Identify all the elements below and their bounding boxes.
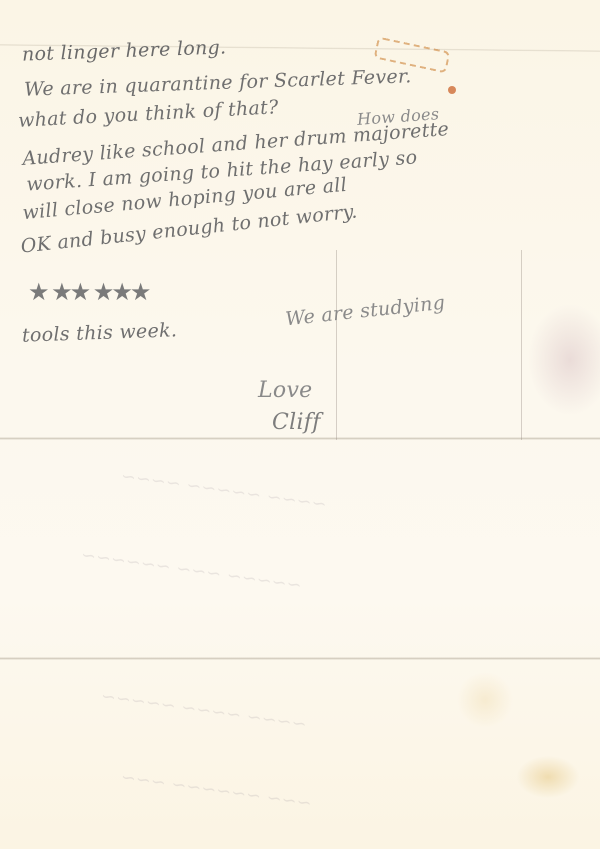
bleed-through-text: ~~~ ~~~~~~ ~~~ — [119, 767, 312, 815]
bleed-through-text: ~~~~ ~~~~~ ~~~~ — [120, 466, 328, 516]
letter-page: ~~~~ ~~~~~ ~~~~ ~~~~~ ~~~ ~~~~~~ ~~~~ ~~… — [0, 0, 600, 849]
bleed-through-text: ~~~~~ ~~~ ~~~~~~ — [80, 545, 303, 597]
paper-fold — [0, 437, 600, 440]
paper-crease — [521, 250, 522, 440]
letter-line: We are studying — [284, 292, 446, 331]
star-doodle-icon: ★ ★★ ★★★ — [28, 278, 148, 306]
letter-line: not linger here long. — [22, 36, 227, 65]
bleed-through-text: ~~~~ ~~~~ ~~~~~ — [100, 686, 308, 736]
letter-closing: Love — [258, 378, 313, 403]
rust-spot — [448, 86, 456, 94]
letter-signature: Cliff — [272, 410, 321, 435]
letter-line: tools this week. — [22, 319, 178, 346]
paper-crease — [336, 250, 337, 440]
paper-fold — [0, 657, 600, 660]
letter-line: We are in quarantine for Scarlet Fever. — [24, 65, 412, 101]
letter-line: what do you think of that? — [18, 96, 279, 132]
